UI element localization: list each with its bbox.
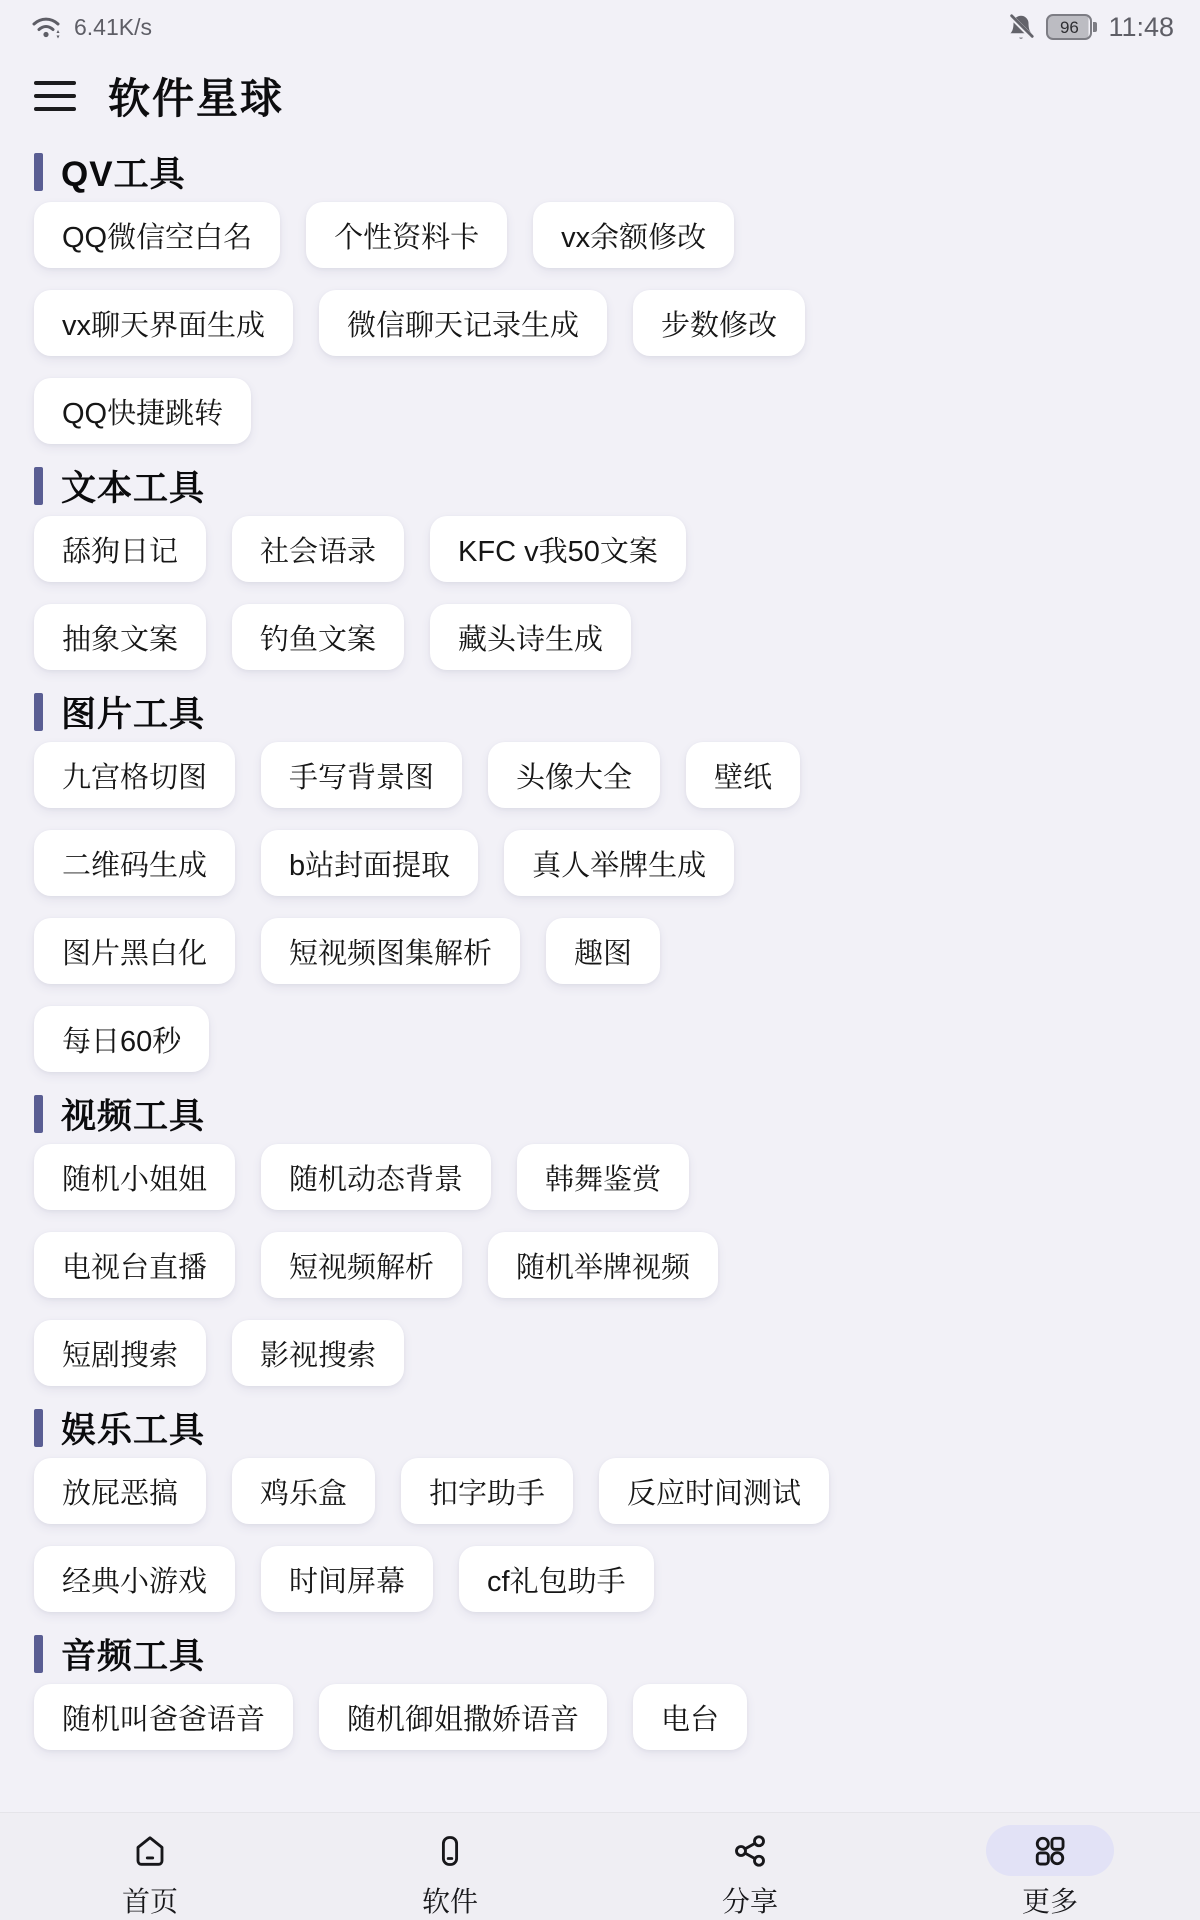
- tool-button[interactable]: 电视台直播: [34, 1232, 235, 1298]
- tool-button[interactable]: 钓鱼文案: [232, 604, 404, 670]
- tool-button[interactable]: KFC v我50文案: [430, 516, 686, 582]
- tool-button[interactable]: 社会语录: [232, 516, 404, 582]
- notifications-off-icon: [1006, 12, 1036, 42]
- tool-button[interactable]: 头像大全: [488, 742, 660, 808]
- tool-button[interactable]: 每日60秒: [34, 1006, 209, 1072]
- nav-item-software[interactable]: 软件: [300, 1813, 600, 1920]
- tool-button[interactable]: 经典小游戏: [34, 1546, 235, 1612]
- section-header: 文本工具: [34, 466, 1166, 506]
- tool-button[interactable]: 短剧搜索: [34, 1320, 206, 1386]
- tool-button-row: QQ快捷跳转: [34, 378, 1166, 444]
- tool-button-row: 随机叫爸爸语音随机御姐撒娇语音电台: [34, 1684, 1166, 1750]
- tool-button[interactable]: 反应时间测试: [599, 1458, 829, 1524]
- tool-button-row: 舔狗日记社会语录KFC v我50文案: [34, 516, 1166, 582]
- tool-button-row: QQ微信空白名个性资料卡vx余额修改: [34, 202, 1166, 268]
- tool-button[interactable]: 影视搜索: [232, 1320, 404, 1386]
- tool-button[interactable]: 舔狗日记: [34, 516, 206, 582]
- tool-button[interactable]: vx聊天界面生成: [34, 290, 293, 356]
- tool-button[interactable]: 扣字助手: [401, 1458, 573, 1524]
- tool-button[interactable]: 电台: [633, 1684, 747, 1750]
- tool-button[interactable]: QQ微信空白名: [34, 202, 280, 268]
- section-header: 娱乐工具: [34, 1408, 1166, 1448]
- tool-button-row: 九宫格切图手写背景图头像大全壁纸: [34, 742, 1166, 808]
- tool-button[interactable]: 短视频解析: [261, 1232, 462, 1298]
- tool-section: 图片工具九宫格切图手写背景图头像大全壁纸二维码生成b站封面提取真人举牌生成图片黑…: [34, 692, 1166, 1072]
- tool-button-row: 短剧搜索影视搜索: [34, 1320, 1166, 1386]
- status-bar: 6.41K/s 96 11:48: [0, 0, 1200, 48]
- tool-button[interactable]: 随机叫爸爸语音: [34, 1684, 293, 1750]
- tool-button[interactable]: 随机御姐撒娇语音: [319, 1684, 607, 1750]
- tool-button-row: vx聊天界面生成微信聊天记录生成步数修改: [34, 290, 1166, 356]
- section-title: 文本工具: [61, 461, 205, 511]
- tool-section: 音频工具随机叫爸爸语音随机御姐撒娇语音电台: [34, 1634, 1166, 1750]
- tool-button[interactable]: 随机小姐姐: [34, 1144, 235, 1210]
- nav-item-home[interactable]: 首页: [0, 1813, 300, 1920]
- tool-button[interactable]: 壁纸: [686, 742, 800, 808]
- nav-label: 软件: [422, 1880, 478, 1920]
- nav-label: 首页: [122, 1880, 178, 1920]
- section-header: 视频工具: [34, 1094, 1166, 1134]
- menu-icon[interactable]: [34, 81, 76, 111]
- tool-button[interactable]: 短视频图集解析: [261, 918, 520, 984]
- tool-button[interactable]: QQ快捷跳转: [34, 378, 251, 444]
- home-icon: [86, 1825, 214, 1876]
- tool-button[interactable]: 趣图: [546, 918, 660, 984]
- tool-section: 娱乐工具放屁恶搞鸡乐盒扣字助手反应时间测试经典小游戏时间屏幕cf礼包助手: [34, 1408, 1166, 1612]
- tool-button[interactable]: cf礼包助手: [459, 1546, 654, 1612]
- tool-button-row: 放屁恶搞鸡乐盒扣字助手反应时间测试: [34, 1458, 1166, 1524]
- tool-button[interactable]: 个性资料卡: [306, 202, 507, 268]
- nav-item-share[interactable]: 分享: [600, 1813, 900, 1920]
- tool-button[interactable]: 藏头诗生成: [430, 604, 631, 670]
- tool-button[interactable]: 九宫格切图: [34, 742, 235, 808]
- tool-button[interactable]: 鸡乐盒: [232, 1458, 375, 1524]
- tool-button[interactable]: 图片黑白化: [34, 918, 235, 984]
- tool-button[interactable]: 随机动态背景: [261, 1144, 491, 1210]
- page-title: 软件星球: [108, 66, 284, 126]
- tool-button[interactable]: 二维码生成: [34, 830, 235, 896]
- tool-button[interactable]: 韩舞鉴赏: [517, 1144, 689, 1210]
- tool-button-row: 图片黑白化短视频图集解析趣图: [34, 918, 1166, 984]
- section-header: QV工具: [34, 152, 1166, 192]
- software-icon: [386, 1825, 514, 1876]
- tool-button-row: 经典小游戏时间屏幕cf礼包助手: [34, 1546, 1166, 1612]
- section-title: 音频工具: [61, 1629, 205, 1679]
- tool-button-row: 抽象文案钓鱼文案藏头诗生成: [34, 604, 1166, 670]
- section-accent-bar: [34, 1409, 43, 1447]
- tool-button[interactable]: 放屁恶搞: [34, 1458, 206, 1524]
- clock: 11:48: [1108, 12, 1174, 43]
- bottom-nav: 首页 软件 分享: [0, 1812, 1200, 1920]
- section-accent-bar: [34, 1635, 43, 1673]
- share-icon: [686, 1825, 814, 1876]
- nav-label: 更多: [1022, 1880, 1078, 1920]
- tool-button[interactable]: b站封面提取: [261, 830, 478, 896]
- section-title: 娱乐工具: [61, 1403, 205, 1453]
- nav-label: 分享: [722, 1880, 778, 1920]
- tool-button-row: 电视台直播短视频解析随机举牌视频: [34, 1232, 1166, 1298]
- wifi-icon: [30, 13, 64, 41]
- section-accent-bar: [34, 1095, 43, 1133]
- battery-percent: 96: [1060, 19, 1079, 36]
- more-grid-icon: [986, 1825, 1114, 1876]
- network-speed: 6.41K/s: [74, 14, 152, 41]
- tool-sections: QV工具QQ微信空白名个性资料卡vx余额修改vx聊天界面生成微信聊天记录生成步数…: [0, 152, 1200, 1750]
- tool-section: QV工具QQ微信空白名个性资料卡vx余额修改vx聊天界面生成微信聊天记录生成步数…: [34, 152, 1166, 444]
- tool-button-row: 每日60秒: [34, 1006, 1166, 1072]
- tool-section: 视频工具随机小姐姐随机动态背景韩舞鉴赏电视台直播短视频解析随机举牌视频短剧搜索影…: [34, 1094, 1166, 1386]
- tool-button[interactable]: 抽象文案: [34, 604, 206, 670]
- section-title: 图片工具: [61, 687, 205, 737]
- tool-button[interactable]: 微信聊天记录生成: [319, 290, 607, 356]
- section-accent-bar: [34, 693, 43, 731]
- app-header: 软件星球: [0, 48, 1200, 132]
- nav-item-more[interactable]: 更多: [900, 1813, 1200, 1920]
- section-accent-bar: [34, 467, 43, 505]
- tool-button[interactable]: 手写背景图: [261, 742, 462, 808]
- battery-indicator: 96: [1046, 14, 1092, 40]
- section-header: 音频工具: [34, 1634, 1166, 1674]
- section-title: QV工具: [61, 147, 186, 197]
- tool-button[interactable]: vx余额修改: [533, 202, 734, 268]
- section-header: 图片工具: [34, 692, 1166, 732]
- section-accent-bar: [34, 153, 43, 191]
- tool-button[interactable]: 时间屏幕: [261, 1546, 433, 1612]
- tool-button-row: 随机小姐姐随机动态背景韩舞鉴赏: [34, 1144, 1166, 1210]
- section-title: 视频工具: [61, 1089, 205, 1139]
- tool-button[interactable]: 真人举牌生成: [504, 830, 734, 896]
- tool-button[interactable]: 步数修改: [633, 290, 805, 356]
- tool-button-row: 二维码生成b站封面提取真人举牌生成: [34, 830, 1166, 896]
- tool-button[interactable]: 随机举牌视频: [488, 1232, 718, 1298]
- tool-section: 文本工具舔狗日记社会语录KFC v我50文案抽象文案钓鱼文案藏头诗生成: [34, 466, 1166, 670]
